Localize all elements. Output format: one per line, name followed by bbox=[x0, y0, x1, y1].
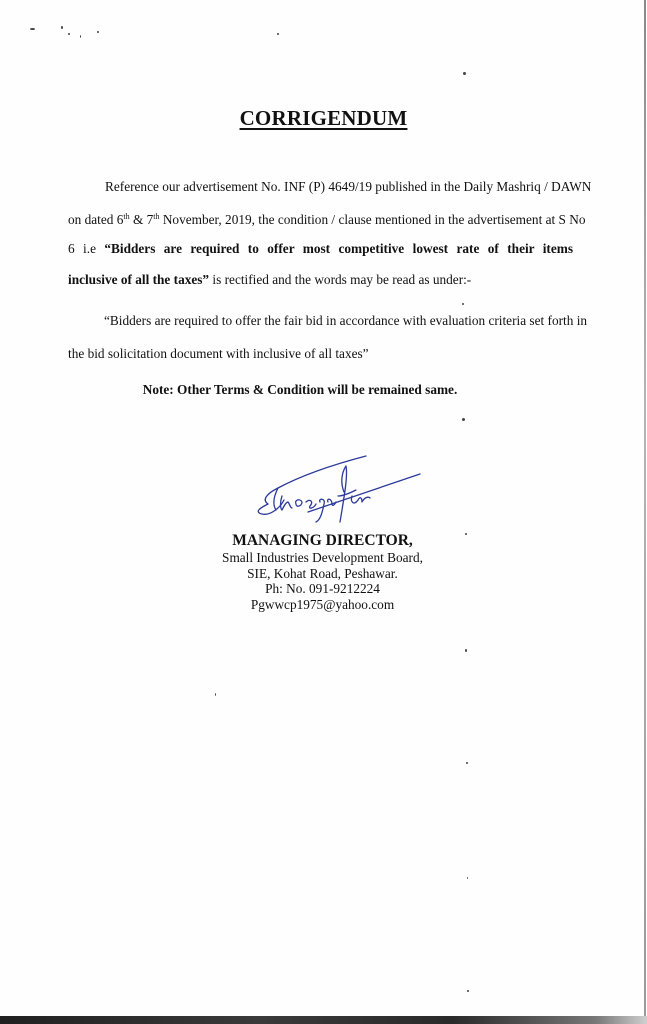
scan-speck bbox=[68, 33, 70, 35]
scan-speck bbox=[467, 877, 468, 879]
scan-speck bbox=[465, 649, 467, 652]
scan-speck bbox=[277, 33, 279, 35]
text-segment: is rectified and the words may be read a… bbox=[209, 272, 471, 287]
document-page: CORRIGENDUM Reference our advertisement … bbox=[0, 0, 647, 1024]
scan-speck bbox=[215, 693, 216, 696]
signatory-email: Pgwwcp1975@yahoo.com bbox=[200, 597, 445, 613]
signature-image bbox=[248, 452, 428, 528]
quoted-original-clause: “Bidders are required to offer most comp… bbox=[104, 241, 573, 256]
scan-speck bbox=[462, 418, 465, 421]
scan-speck bbox=[466, 762, 468, 764]
paragraph1-line3: 6 i.e “Bidders are required to offer mos… bbox=[68, 241, 573, 257]
document-title: CORRIGENDUM bbox=[0, 106, 647, 131]
scan-right-edge bbox=[644, 0, 646, 1016]
scan-bottom-edge bbox=[0, 1016, 647, 1024]
scan-speck bbox=[80, 35, 81, 38]
paragraph1-line4: inclusive of all the taxes” is rectified… bbox=[68, 272, 471, 288]
text-segment: 6 i.e bbox=[68, 241, 104, 256]
paragraph1-line1: Reference our advertisement No. INF (P) … bbox=[105, 179, 591, 195]
paragraph2-line1: “Bidders are required to offer the fair … bbox=[104, 313, 587, 329]
signatory-organization: Small Industries Development Board, bbox=[200, 550, 445, 566]
paragraph1-line2: on dated 6th & 7th November, 2019, the c… bbox=[68, 212, 573, 228]
scan-speck bbox=[465, 533, 467, 535]
signatory-block: MANAGING DIRECTOR, Small Industries Deve… bbox=[200, 532, 445, 612]
scan-speck bbox=[467, 990, 469, 992]
scan-speck bbox=[463, 72, 466, 75]
text-segment: & 7 bbox=[130, 212, 154, 227]
text-segment: November, 2019, the condition / clause m… bbox=[160, 212, 586, 227]
note-line: Note: Other Terms & Condition will be re… bbox=[0, 382, 600, 398]
quoted-original-clause-end: inclusive of all the taxes” bbox=[68, 272, 209, 287]
signatory-phone: Ph: No. 091-9212224 bbox=[200, 581, 445, 597]
signatory-title: MANAGING DIRECTOR, bbox=[200, 532, 445, 550]
scan-speck bbox=[462, 303, 464, 305]
signatory-address: SIE, Kohat Road, Peshawar. bbox=[200, 566, 445, 582]
scan-speck bbox=[97, 31, 99, 33]
text-segment: on dated 6 bbox=[68, 212, 123, 227]
paragraph2-line2: the bid solicitation document with inclu… bbox=[68, 346, 369, 362]
scan-speck bbox=[61, 26, 63, 29]
scan-speck bbox=[30, 28, 35, 30]
